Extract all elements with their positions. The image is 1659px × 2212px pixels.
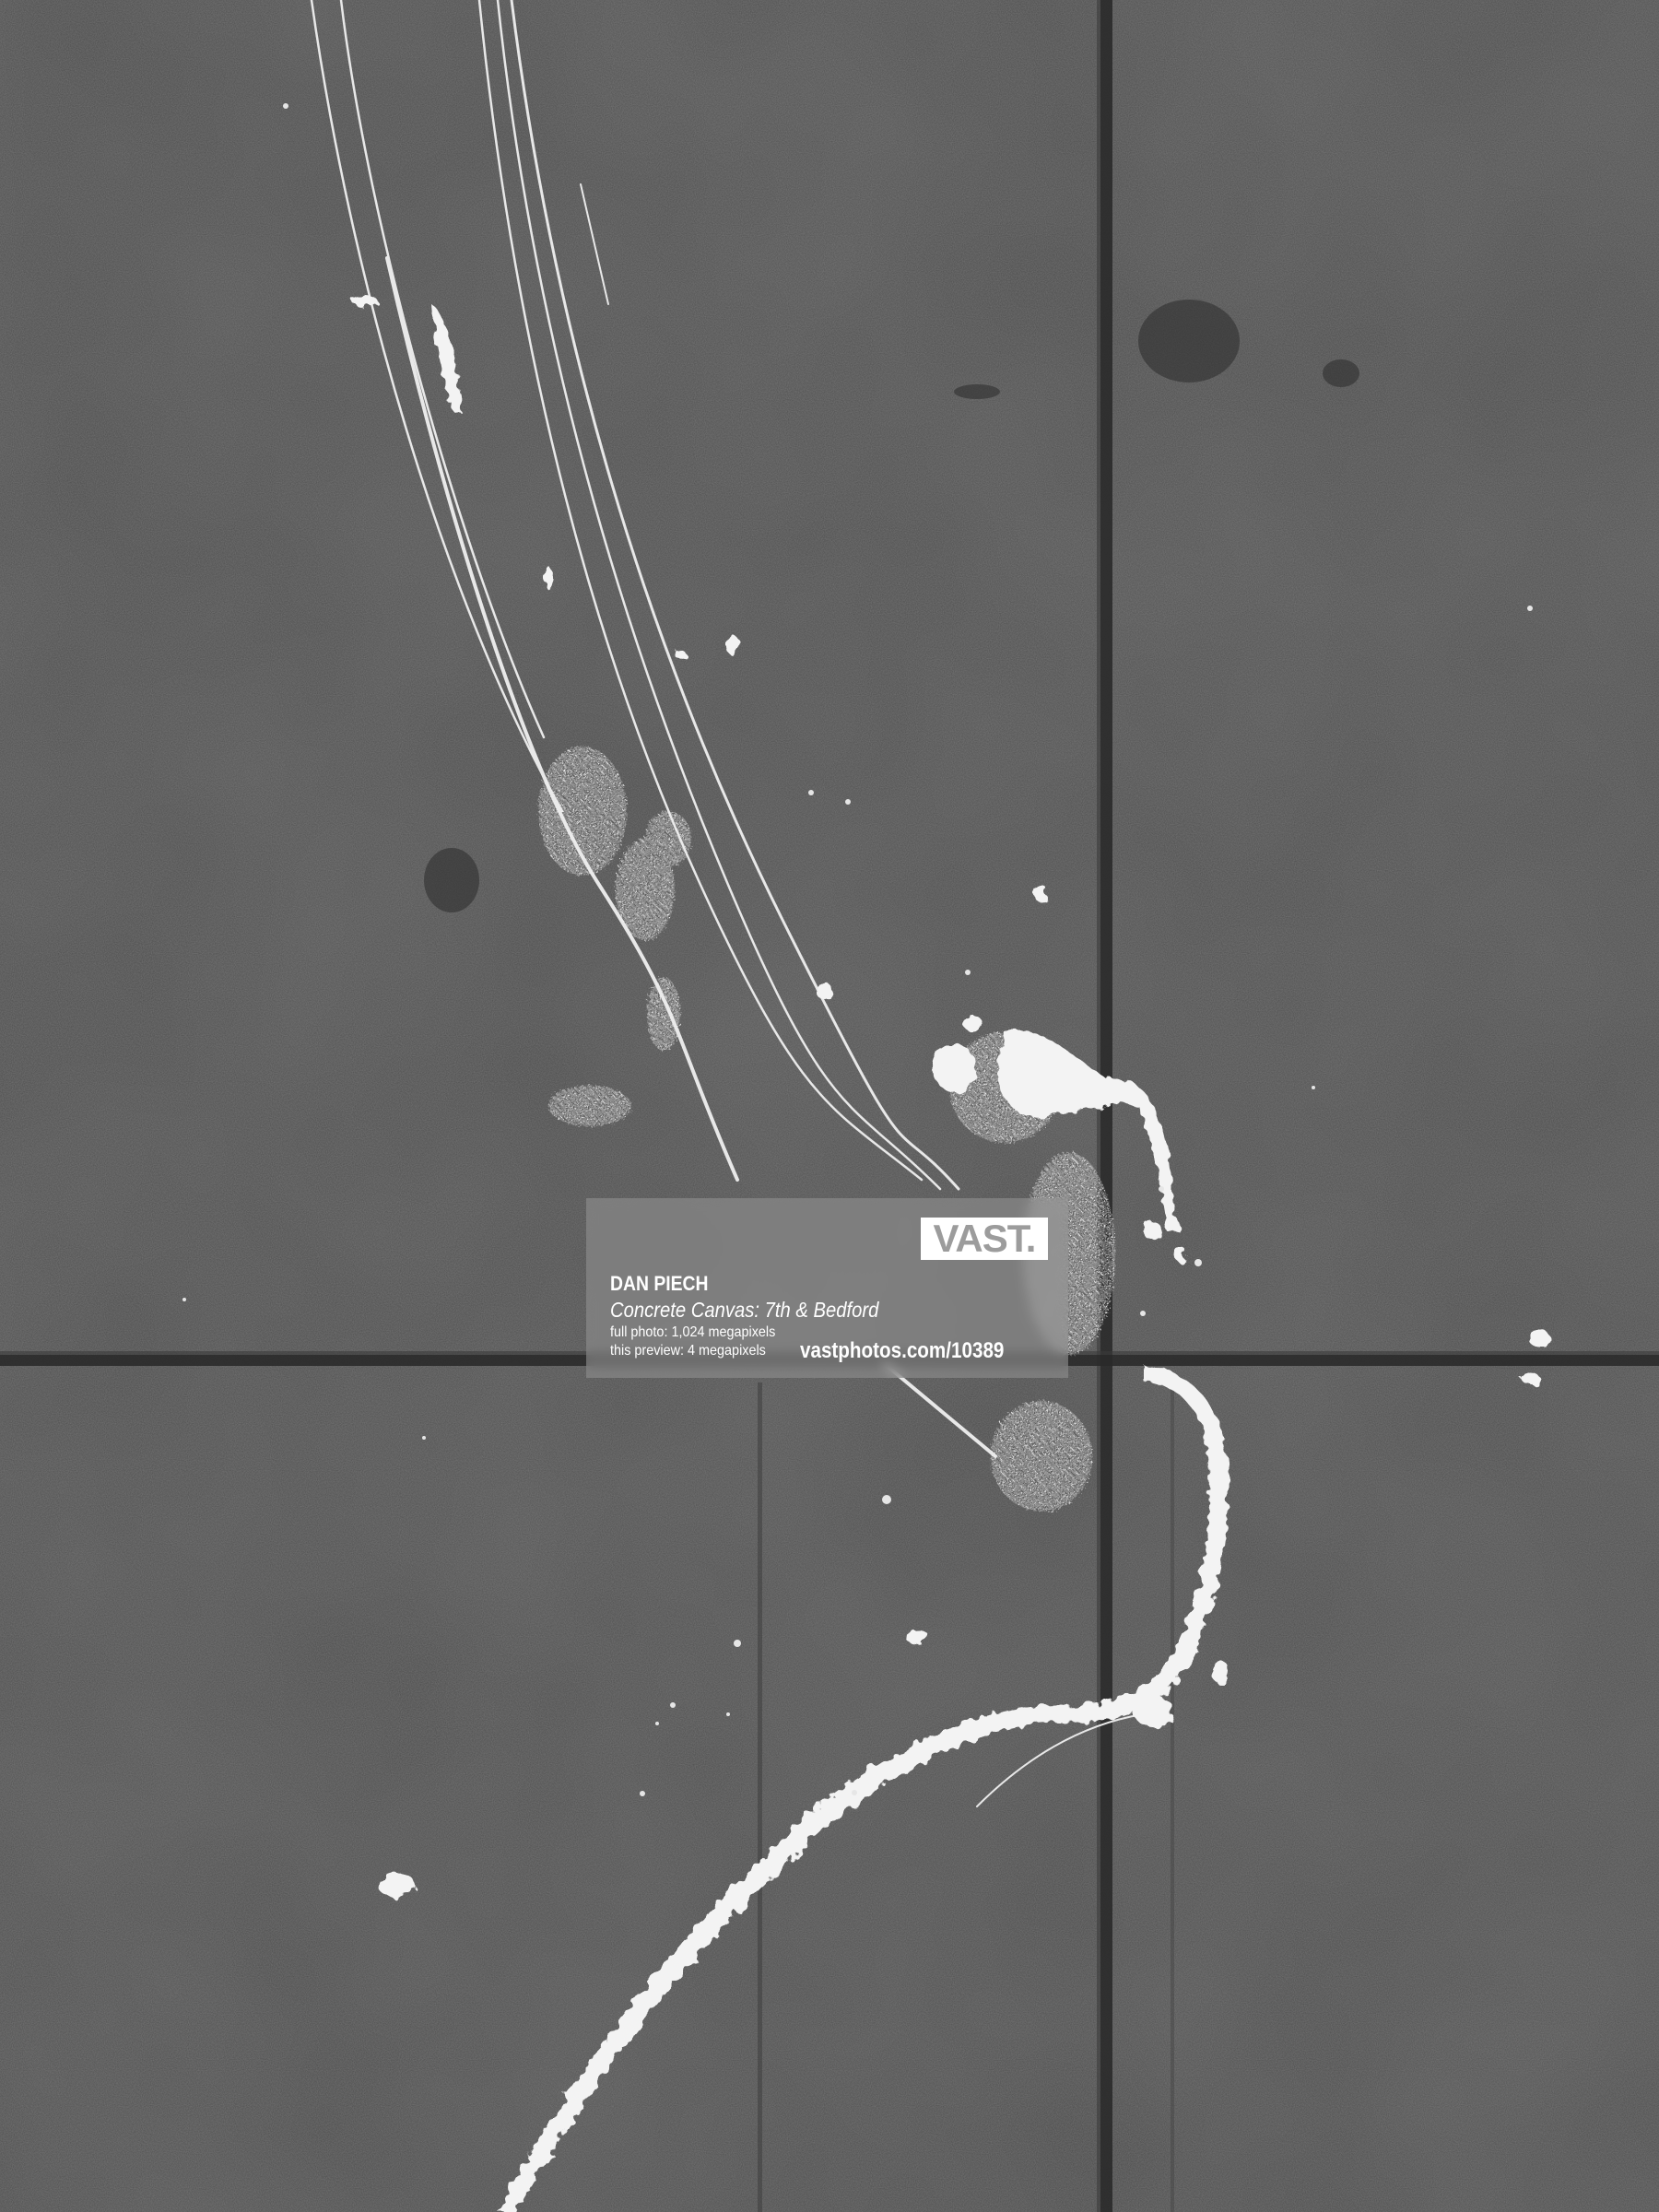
photo-link[interactable]: vastphotos.com/10389 xyxy=(800,1338,1004,1364)
watermark-panel: VAST. DAN PIECH Concrete Canvas: 7th & B… xyxy=(586,1198,1068,1378)
photo-title: Concrete Canvas: 7th & Bedford xyxy=(610,1298,878,1323)
full-photo-size: full photo: 1,024 megapixels xyxy=(610,1324,775,1341)
vast-logo: VAST. xyxy=(921,1218,1048,1260)
concrete-photo xyxy=(0,0,1659,2212)
preview-size: this preview: 4 megapixels xyxy=(610,1343,766,1359)
photographer-name: DAN PIECH xyxy=(610,1272,708,1296)
